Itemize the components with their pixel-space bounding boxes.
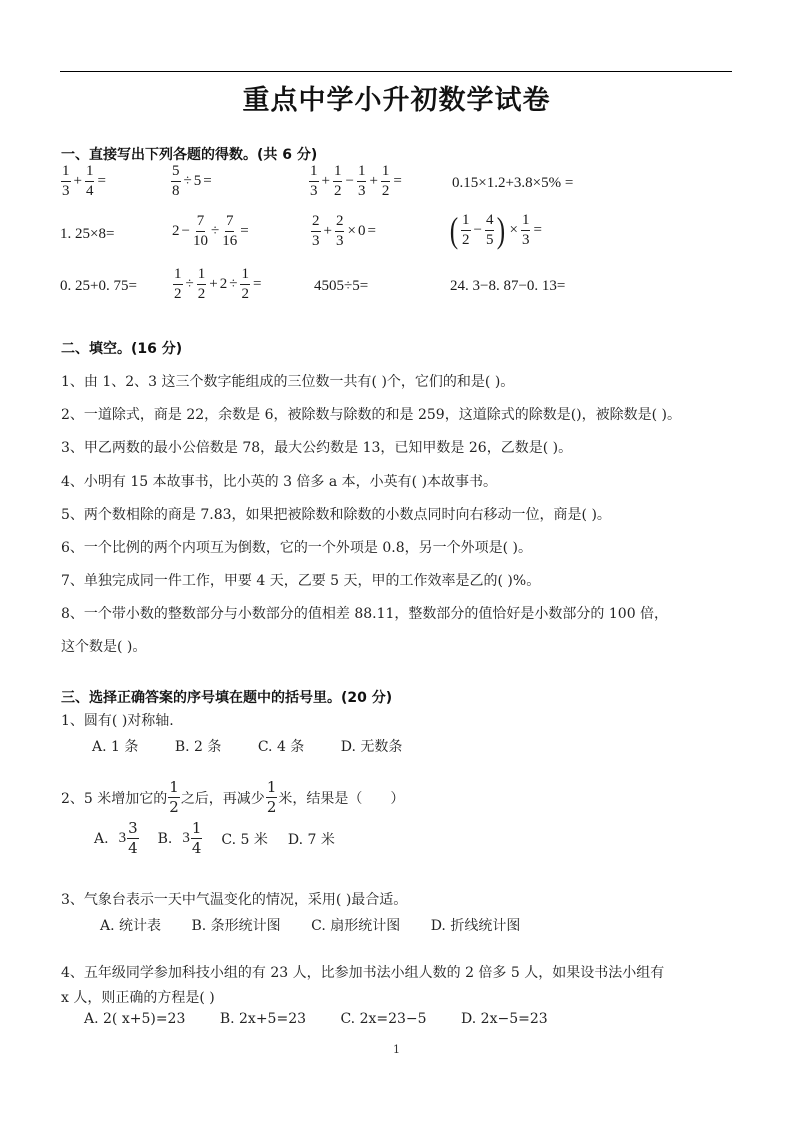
option-b: B. 3 14 <box>158 821 204 856</box>
choice-q4-options: A. 2( x+5)=23 B. 2x+5=23 C. 2x=23−5 D. 2… <box>84 1011 580 1027</box>
header-rule <box>60 71 732 72</box>
option-b: B. 2 条 <box>175 736 222 756</box>
option-a: A. 统计表 <box>100 915 161 935</box>
choice-q4-stem-line1: 4、五年级同学参加科技小组的有 23 人，比参加书法小组人数的 2 倍多 5 人… <box>61 962 664 982</box>
calc-item-1c: 13 + 12 − 13 + 12 = <box>308 164 404 199</box>
calc-item-2b: 2 − 710 ÷ 716 = <box>172 214 251 249</box>
section-2-heading: 二、填空。(16 分) <box>61 338 182 358</box>
calc-item-1d: 0.15×1.2+3.8×5% = <box>452 175 573 192</box>
choice-q4-stem-line2: x 人，则正确的方程是( ) <box>61 987 215 1007</box>
option-b: B. 2x+5=23 <box>220 1011 306 1027</box>
fill-question-8-cont: 这个数是( )。 <box>61 636 146 656</box>
option-c: C. 2x=23−5 <box>340 1011 426 1027</box>
option-a: A. 2( x+5)=23 <box>84 1011 185 1027</box>
option-d: D. 无数条 <box>341 736 403 756</box>
fill-question-6: 6、一个比例的两个内项互为倒数，它的一个外项是 0.8，另一个外项是( )。 <box>61 537 532 557</box>
option-c: C. 4 条 <box>258 736 304 756</box>
calc-item-1a: 13 + 14 = <box>60 164 108 199</box>
section-1-heading: 一、直接写出下列各题的得数。(共 6 分) <box>61 144 317 164</box>
option-d: D. 折线统计图 <box>431 915 521 935</box>
section-3-heading: 三、选择正确答案的序号填在题中的括号里。(20 分) <box>61 687 392 707</box>
option-b: B. 条形统计图 <box>191 915 280 935</box>
fill-question-5: 5、两个数相除的商是 7.83，如果把被除数和除数的小数点同时向右移动一位，商是… <box>61 504 611 524</box>
fill-question-4: 4、小明有 15 本故事书，比小英的 3 倍多 a 本，小英有( )本故事书。 <box>61 471 497 491</box>
option-a: A. 3 34 <box>94 821 140 856</box>
calc-item-3d: 24. 3−8. 87−0. 13= <box>450 278 565 295</box>
fill-question-1: 1、由 1、2、3 这三个数字能组成的三位数一共有( )个，它们的和是( )。 <box>61 371 514 391</box>
fill-question-2: 2、一道除式，商是 22，余数是 6，被除数与除数的和是 259，这道除式的除数… <box>61 404 681 424</box>
fill-question-8: 8、一个带小数的整数部分与小数部分的值相差 88.11，整数部分的值恰好是小数部… <box>61 603 668 623</box>
page-number: 1 <box>0 1043 793 1056</box>
page-title: 重点中学小升初数学试卷 <box>0 78 793 117</box>
choice-q1-options: A. 1 条 B. 2 条 C. 4 条 D. 无数条 <box>92 736 434 756</box>
choice-q3-options: A. 统计表 B. 条形统计图 C. 扇形统计图 D. 折线统计图 <box>100 915 552 935</box>
option-d: D. 2x−5=23 <box>461 1011 548 1027</box>
calc-item-2d: ( 12 − 45 ) × 13 = <box>448 212 544 248</box>
choice-q1-stem: 1、圆有( )对称轴. <box>61 710 174 730</box>
choice-q2-stem: 2、5 米增加它的 12 之后，再减少 12 米，结果是（ ） <box>61 780 404 815</box>
calc-item-2a: 1. 25×8= <box>60 226 114 243</box>
calc-item-3c: 4505÷5= <box>314 278 368 295</box>
calc-item-3a: 0. 25+0. 75= <box>60 278 137 295</box>
option-a: A. 1 条 <box>92 736 138 756</box>
fill-question-3: 3、甲乙两数的最小公倍数是 78，最大公约数是 13，已知甲数是 26，乙数是(… <box>61 437 572 457</box>
option-c: C. 扇形统计图 <box>311 915 400 935</box>
option-c: C. 5 米 <box>221 829 267 849</box>
calc-item-3b: 12 ÷ 12 +2 ÷ 12 = <box>172 267 263 302</box>
option-d: D. 7 米 <box>288 829 335 849</box>
fill-question-7: 7、单独完成同一件工作，甲要 4 天，乙要 5 天，甲的工作效率是乙的( )%。 <box>61 570 540 590</box>
calc-item-2c: 23 + 23 ×0 = <box>310 214 378 249</box>
calc-item-1b: 58 ÷5 = <box>170 164 214 199</box>
choice-q3-stem: 3、气象台表示一天中气温变化的情况，采用( )最合适。 <box>61 889 407 909</box>
choice-q2-options: A. 3 34 B. 3 14 C. 5 米 D. 7 米 <box>94 821 335 856</box>
